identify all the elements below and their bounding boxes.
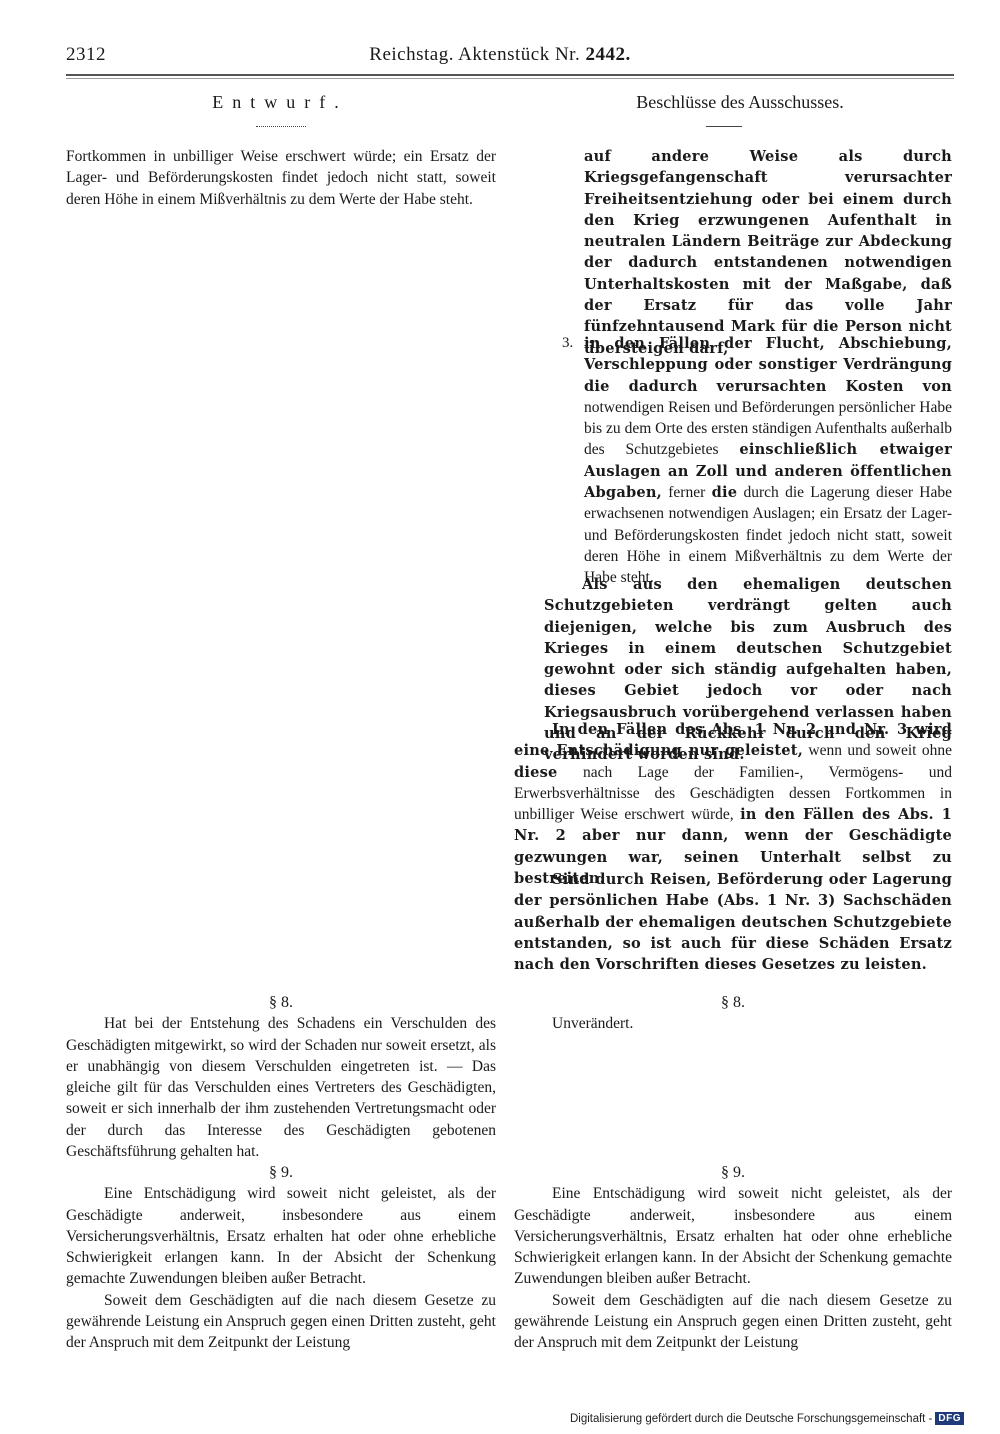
digitization-credit: Digitalisierung gefördert durch die Deut…: [570, 1412, 964, 1425]
right-damage-paragraph: Sind durch Reisen, Beförderung oder Lage…: [514, 869, 952, 975]
left-s9-heading: § 9.: [66, 1162, 496, 1183]
right-cases-paragraph: In den Fällen des Abs. 1 Nr. 2 und Nr. 3…: [514, 719, 952, 889]
column-heading-draft: Entwurf.: [50, 92, 510, 113]
running-title-prefix: Reichstag. Aktenstück Nr.: [369, 44, 580, 65]
left-s8-text: Hat bei der Entstehung des Schadens ein …: [66, 1013, 496, 1162]
cases-normal-1: wenn und soweit ohne: [803, 742, 952, 759]
right-continuation: auf andere Weise als durch Kriegsgefange…: [584, 146, 952, 359]
item3-normal-2: ferner: [662, 484, 712, 501]
running-title: Reichstag. Aktenstück Nr. 2442.: [0, 44, 1000, 66]
right-section-8: § 8. Unverändert.: [514, 992, 952, 1035]
right-continuation-text: auf andere Weise als durch Kriegsgefange…: [584, 146, 952, 359]
credit-text: Digitalisierung gefördert durch die Deut…: [570, 1413, 932, 1425]
right-s8-text: Unverändert.: [514, 1013, 952, 1034]
damage-text: Sind durch Reisen, Beförderung oder Lage…: [514, 869, 952, 975]
right-section-9: § 9. Eine Entschädigung wird soweit nich…: [514, 1162, 952, 1354]
heading-rule-right: [706, 126, 742, 127]
dfg-logo-icon: DFG: [935, 1412, 964, 1425]
item-number: 3.: [562, 333, 573, 354]
item3-bold-1: in den Fällen der Flucht, Abschiebung, V…: [584, 335, 952, 395]
cases-bold-2: diese: [514, 764, 558, 781]
right-s9-p1: Eine Entschädigung wird soweit nicht gel…: [514, 1183, 952, 1289]
left-continuation: Fortkommen in unbilliger Weise erschwert…: [66, 146, 496, 210]
column-heading-committee: Beschlüsse des Ausschusses.: [510, 92, 970, 113]
left-s8-heading: § 8.: [66, 992, 496, 1013]
left-section-9: § 9. Eine Entschädigung wird soweit nich…: [66, 1162, 496, 1354]
left-s9-p1: Eine Entschädigung wird soweit nicht gel…: [66, 1183, 496, 1289]
header-rule-secondary: [66, 78, 954, 79]
right-s8-heading: § 8.: [514, 992, 952, 1013]
item3-bold-3: die: [712, 484, 738, 501]
header-rule: [66, 74, 954, 76]
left-s9-p2: Soweit dem Geschädigten auf die nach die…: [66, 1290, 496, 1354]
right-item-3: 3. in den Fällen der Flucht, Abschiebung…: [584, 333, 952, 589]
right-s9-p2: Soweit dem Geschädigten auf die nach die…: [514, 1290, 952, 1354]
document-number: 2442.: [585, 44, 630, 65]
right-s9-heading: § 9.: [514, 1162, 952, 1183]
left-section-8: § 8. Hat bei der Entstehung des Schadens…: [66, 992, 496, 1162]
left-continuation-text: Fortkommen in unbilliger Weise erschwert…: [66, 146, 496, 210]
heading-rule-left: [256, 126, 306, 127]
